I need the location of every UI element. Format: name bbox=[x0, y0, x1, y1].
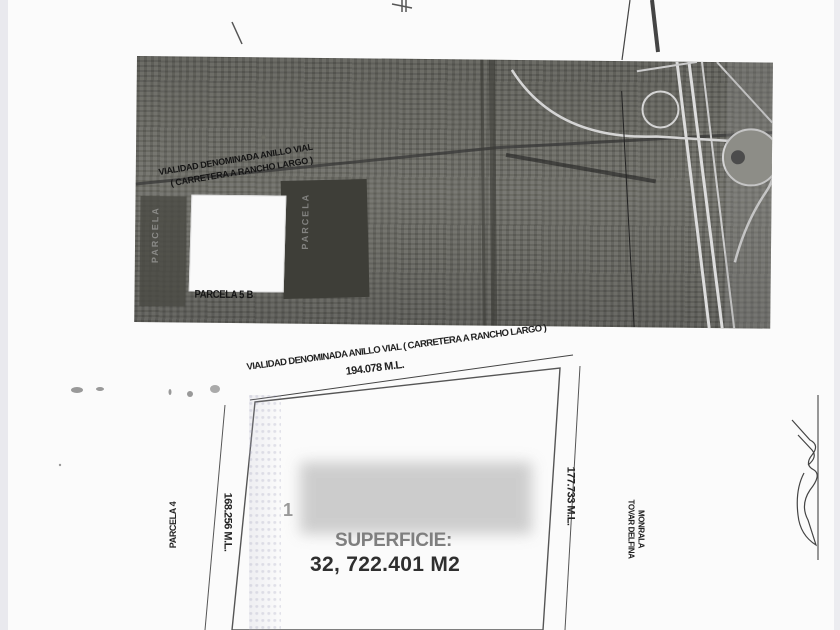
area-value: 32, 722.401 M2 bbox=[310, 553, 460, 577]
left-neighbor-label: PARCELA 4 bbox=[168, 502, 178, 548]
area-label: SUPERFICIE: bbox=[335, 530, 452, 552]
aerial-roads bbox=[134, 56, 773, 329]
aerial-faded-label-left: PARCELA bbox=[150, 206, 161, 263]
right-neighbor-line2: TOVAR DELFINA bbox=[625, 500, 635, 559]
redacted-owner-block bbox=[300, 462, 532, 534]
right-neighbor-line1: MONRALA bbox=[635, 500, 645, 559]
left-boundary-dimension: 168.256 M.L. bbox=[221, 493, 233, 552]
scan-speckle bbox=[249, 395, 281, 630]
aerial-photo: PARCELA PARCELA VIALIDAD DENOMINADA ANIL… bbox=[134, 56, 773, 329]
signature-mark bbox=[790, 395, 835, 565]
redacted-residual-digit: 1 bbox=[283, 500, 293, 521]
aerial-parcel-label: PARCELA 5 B bbox=[194, 289, 253, 302]
aerial-faded-label-right: PARCELA bbox=[300, 193, 311, 250]
right-boundary-dimension: 177.733 M.L. bbox=[564, 467, 576, 526]
right-neighbor-label: MONRALA TOVAR DELFINA bbox=[625, 500, 645, 559]
